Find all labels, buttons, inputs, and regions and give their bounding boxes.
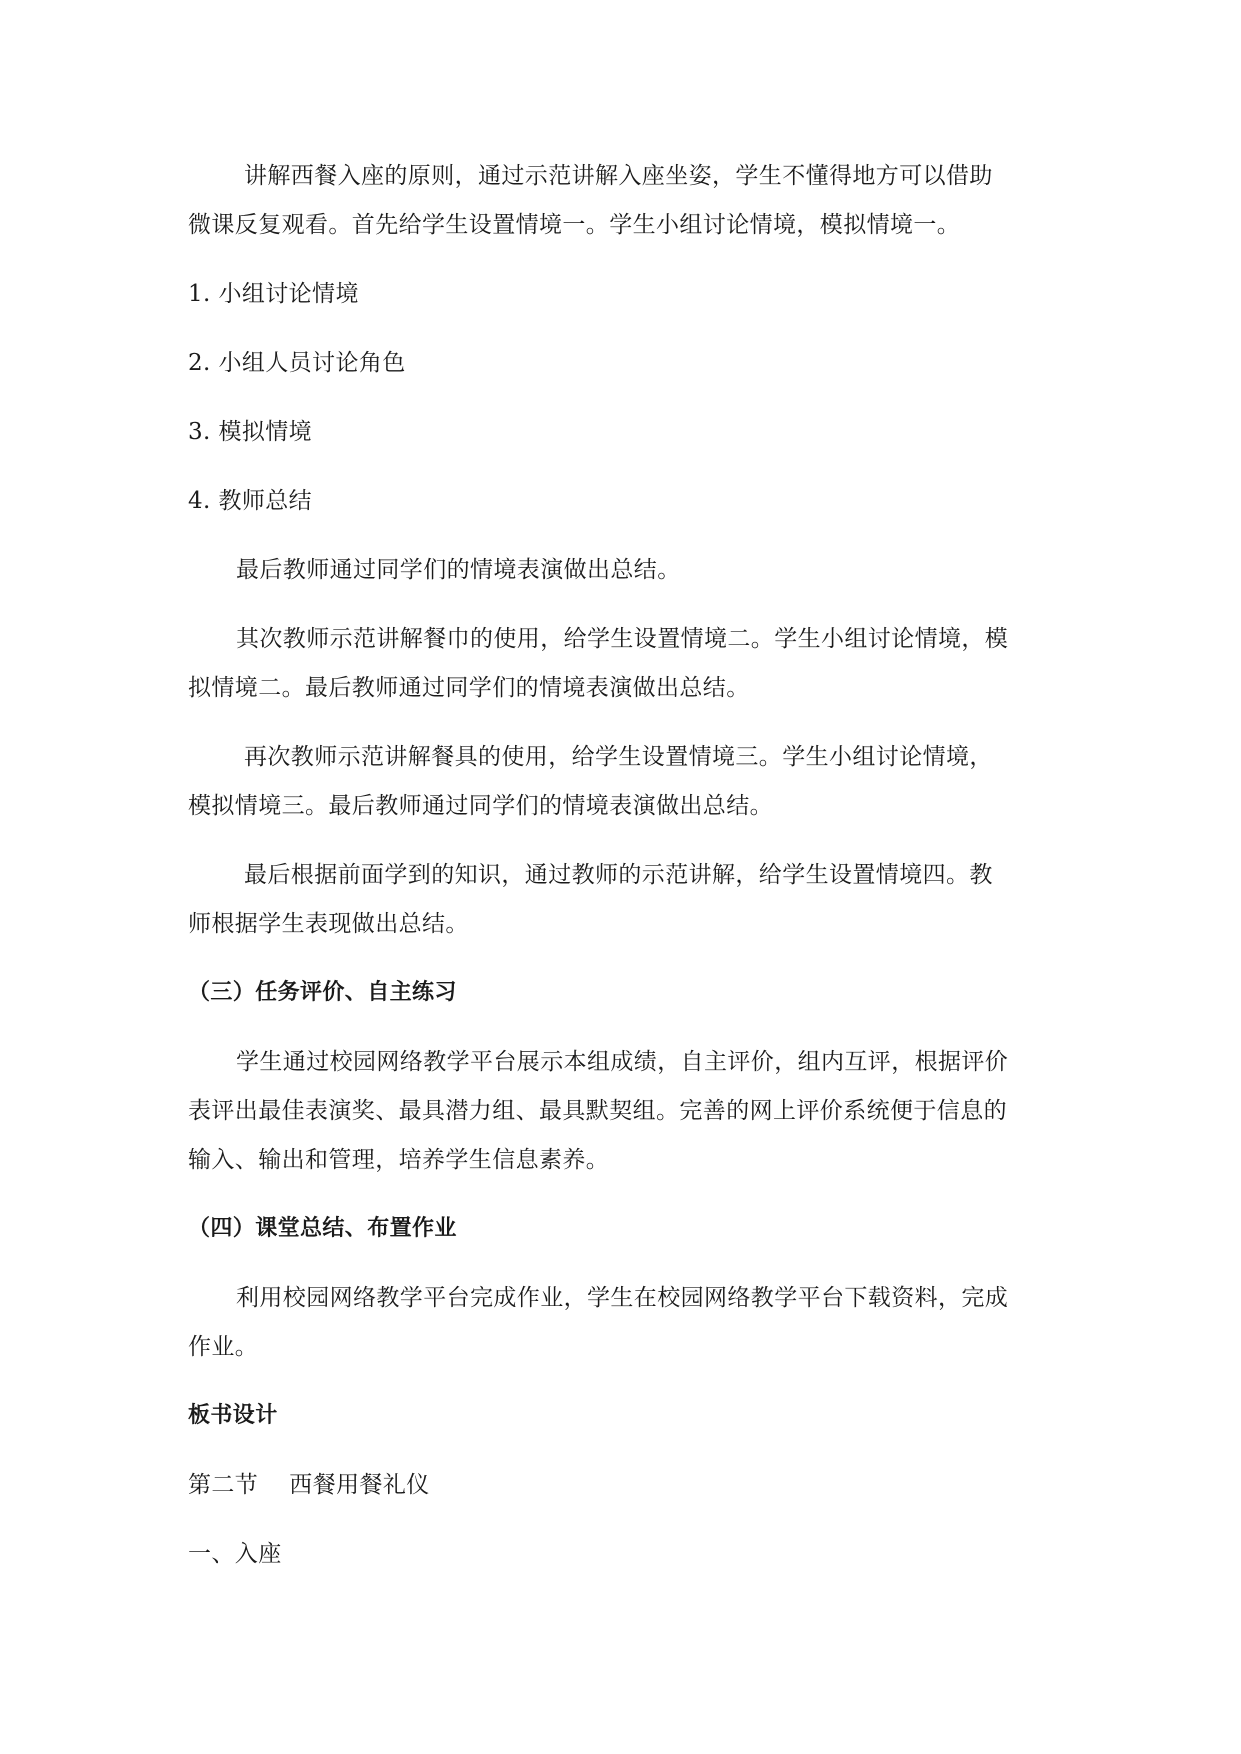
text-line: 模拟情境三。最后教师通过同学们的情境表演做出总结。 [188,792,773,820]
text-line: 最后教师通过同学们的情境表演做出总结。 [236,556,681,584]
text-line: 2. 小组人员讨论角色 [188,349,406,377]
section-heading: （四）课堂总结、布置作业 [188,1215,457,1243]
text-line: 师根据学生表现做出总结。 [188,910,469,938]
text-line: 4. 教师总结 [188,487,312,515]
text-line: 拟情境二。最后教师通过同学们的情境表演做出总结。 [188,674,750,702]
text-line: 一、入座 [188,1540,282,1568]
text-line: 利用校园网络教学平台完成作业，学生在校园网络教学平台下载资料，完成 [236,1284,1008,1312]
text-line: 最后根据前面学到的知识，通过教师的示范讲解，给学生设置情境四。教 [244,861,993,889]
text-line: 第二节 西餐用餐礼仪 [188,1471,430,1499]
text-line: 学生通过校园网络教学平台展示本组成绩，自主评价，组内互评，根据评价 [236,1048,1008,1076]
text-line: 1. 小组讨论情境 [188,280,359,308]
text-line: 再次教师示范讲解餐具的使用，给学生设置情境三。学生小组讨论情境， [244,743,993,771]
text-line: 输入、输出和管理，培养学生信息素养。 [188,1146,609,1174]
section-heading: 板书设计 [188,1402,278,1430]
text-line: 作业。 [188,1333,258,1361]
text-line: 微课反复观看。首先给学生设置情境一。学生小组讨论情境，模拟情境一。 [188,211,960,239]
section-heading: （三）任务评价、自主练习 [188,979,457,1007]
text-line: 其次教师示范讲解餐巾的使用，给学生设置情境二。学生小组讨论情境，模 [236,625,1008,653]
text-line: 讲解西餐入座的原则，通过示范讲解入座坐姿，学生不懂得地方可以借助 [244,162,993,190]
text-line: 3. 模拟情境 [188,418,312,446]
text-line: 表评出最佳表演奖、最具潜力组、最具默契组。完善的网上评价系统便于信息的 [188,1097,1007,1125]
